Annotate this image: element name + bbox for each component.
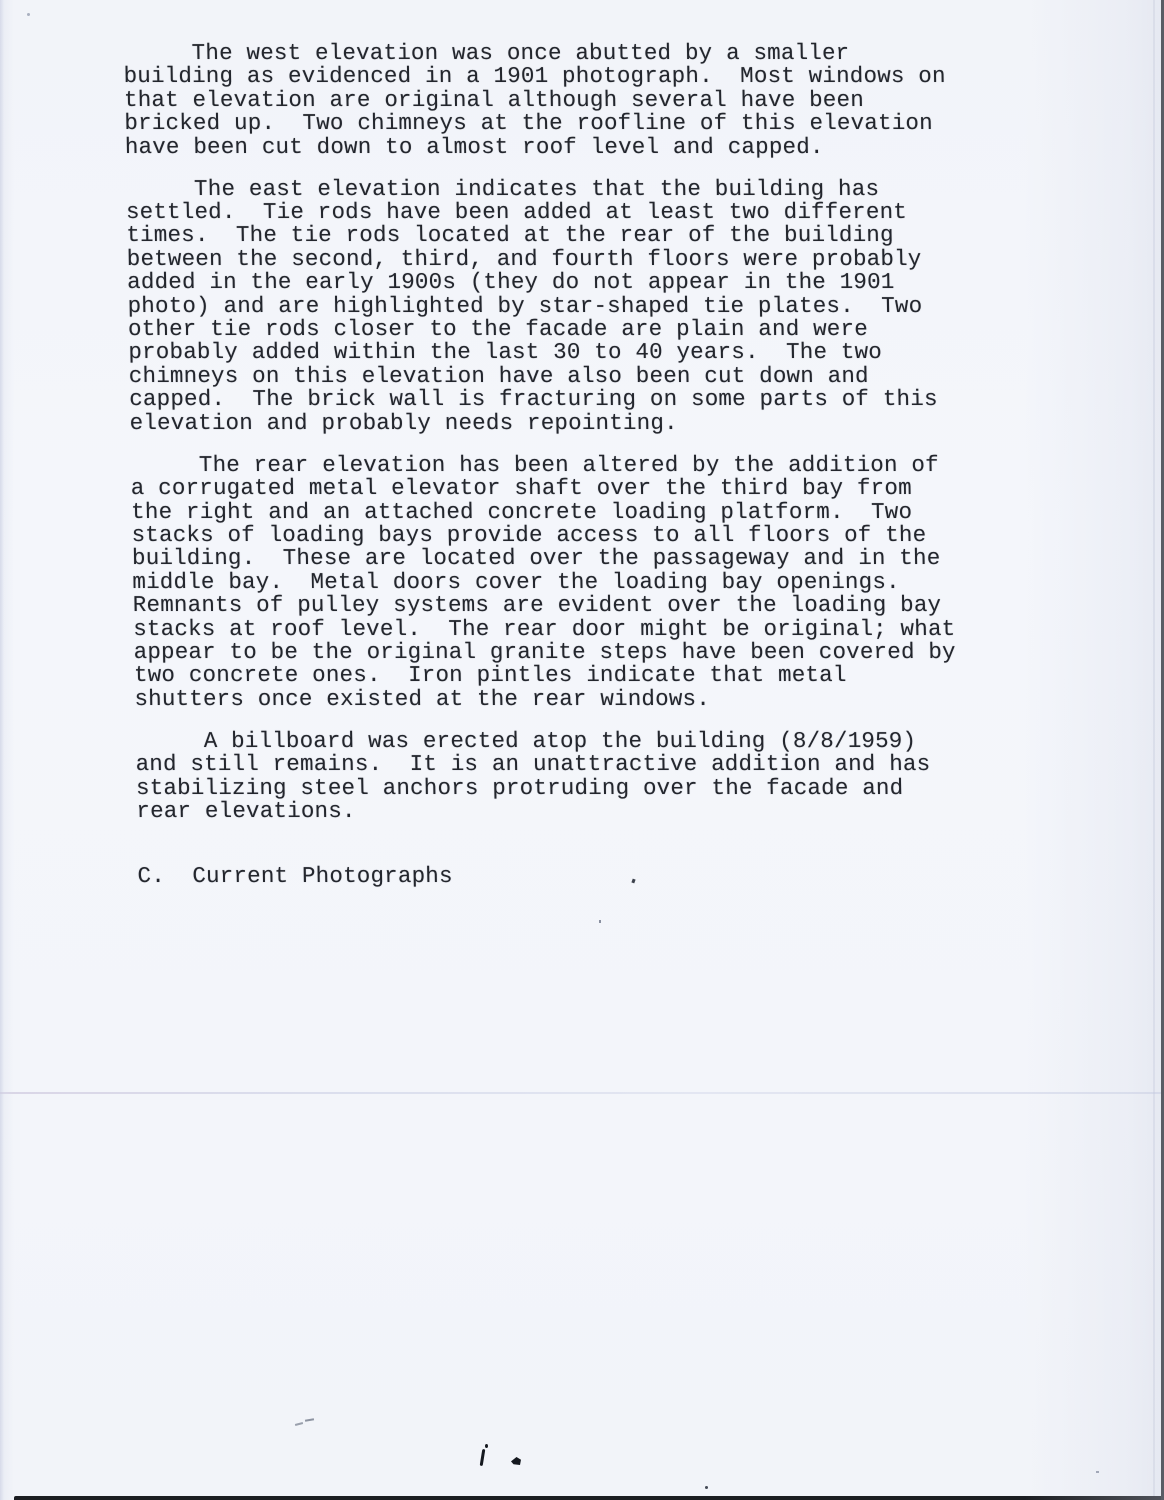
scanned-document-page: The west elevation was once abutted by a… — [0, 0, 1164, 1500]
scan-bottom-edge — [14, 1496, 1164, 1500]
paragraph-rear-elevation: The rear elevation has been altered by t… — [130, 454, 957, 711]
paragraph-billboard: A billboard was erected atop the buildin… — [135, 730, 959, 824]
paragraph-west-elevation: The west elevation was once abutted by a… — [123, 42, 947, 159]
ink-speck — [599, 920, 601, 923]
ink-blob-mark — [511, 1457, 521, 1465]
right-edge-soft-line — [1153, 0, 1155, 1500]
document-text-block: The west elevation was once abutted by a… — [123, 42, 960, 889]
paragraph-east-elevation: The east elevation indicates that the bu… — [125, 178, 952, 435]
paper-crease-line — [0, 1092, 1164, 1094]
section-heading: C. Current Photographs — [137, 865, 960, 888]
ink-speck — [27, 13, 30, 16]
ink-stroke-mark — [480, 1449, 486, 1466]
left-edge-shading — [0, 0, 4, 1500]
ink-speck — [1096, 1471, 1099, 1473]
pencil-dash-mark — [305, 1418, 314, 1422]
ink-speck — [705, 1486, 708, 1489]
ink-stroke-mark — [485, 1444, 488, 1448]
pencil-dash-mark — [295, 1422, 303, 1426]
